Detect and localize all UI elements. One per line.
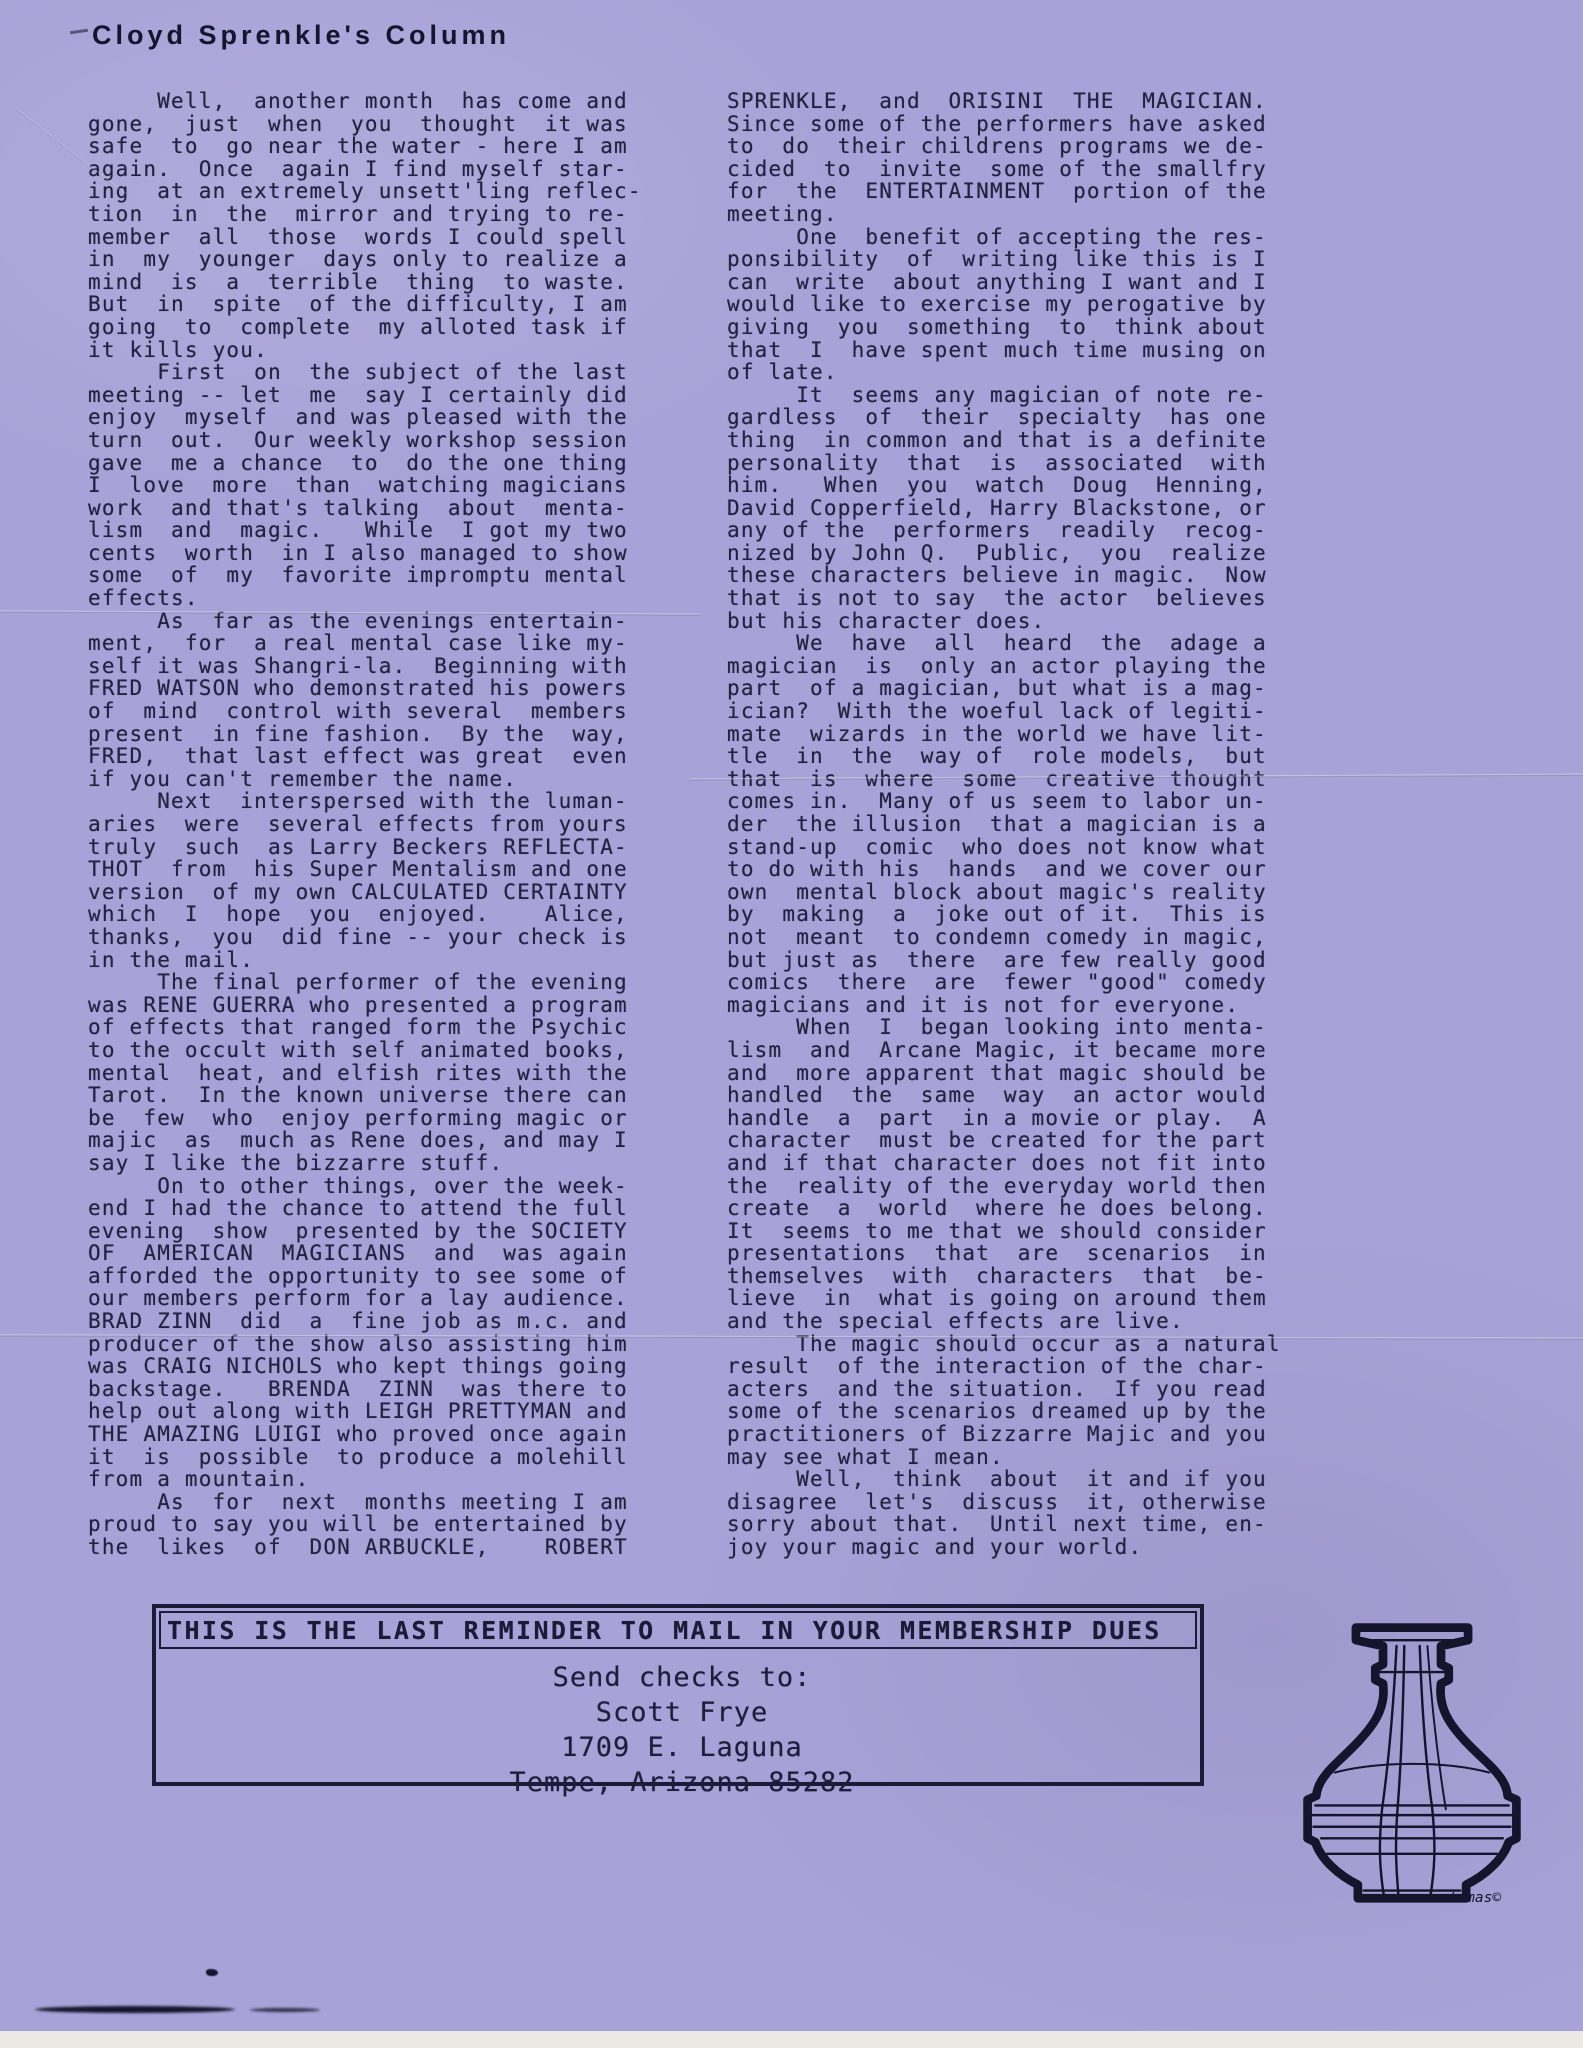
pen-mark bbox=[70, 29, 88, 34]
address-line: Scott Frye bbox=[196, 1695, 1168, 1730]
address-line: Tempe, Arizona 85282 bbox=[196, 1765, 1168, 1800]
reminder-header: THIS IS THE LAST REMINDER TO MAIL IN YOU… bbox=[159, 1611, 1197, 1649]
artist-signature: tomas© bbox=[1449, 1890, 1502, 1906]
ink-smudge bbox=[250, 2008, 320, 2012]
article-column-left: Well, another month has come and gone, j… bbox=[88, 90, 663, 1559]
ink-smudge bbox=[35, 2006, 235, 2013]
ink-smudge bbox=[206, 1969, 218, 1976]
membership-reminder-box: THIS IS THE LAST REMINDER TO MAIL IN YOU… bbox=[152, 1604, 1204, 1786]
column-title: Cloyd Sprenkle's Column bbox=[92, 20, 510, 51]
reminder-address: Send checks to: Scott Frye 1709 E. Lagun… bbox=[196, 1660, 1168, 1800]
page-edge bbox=[0, 2031, 1583, 2048]
article-column-right: SPRENKLE, and ORISINI THE MAGICIAN. Sinc… bbox=[727, 90, 1302, 1559]
newsletter-page: Cloyd Sprenkle's Column Well, another mo… bbox=[0, 0, 1583, 2048]
address-line: 1709 E. Laguna bbox=[196, 1730, 1168, 1765]
address-line: Send checks to: bbox=[196, 1660, 1168, 1695]
vase-illustration: tomas© bbox=[1296, 1616, 1528, 1906]
